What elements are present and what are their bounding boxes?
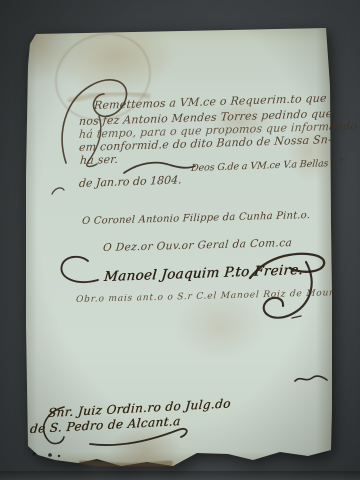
table-edge-band bbox=[0, 471, 360, 480]
manuscript-body-line-5: ha ser. bbox=[80, 153, 119, 167]
photo-background: Remettemos a VM.ce o Requerim.to que nos… bbox=[0, 0, 360, 480]
